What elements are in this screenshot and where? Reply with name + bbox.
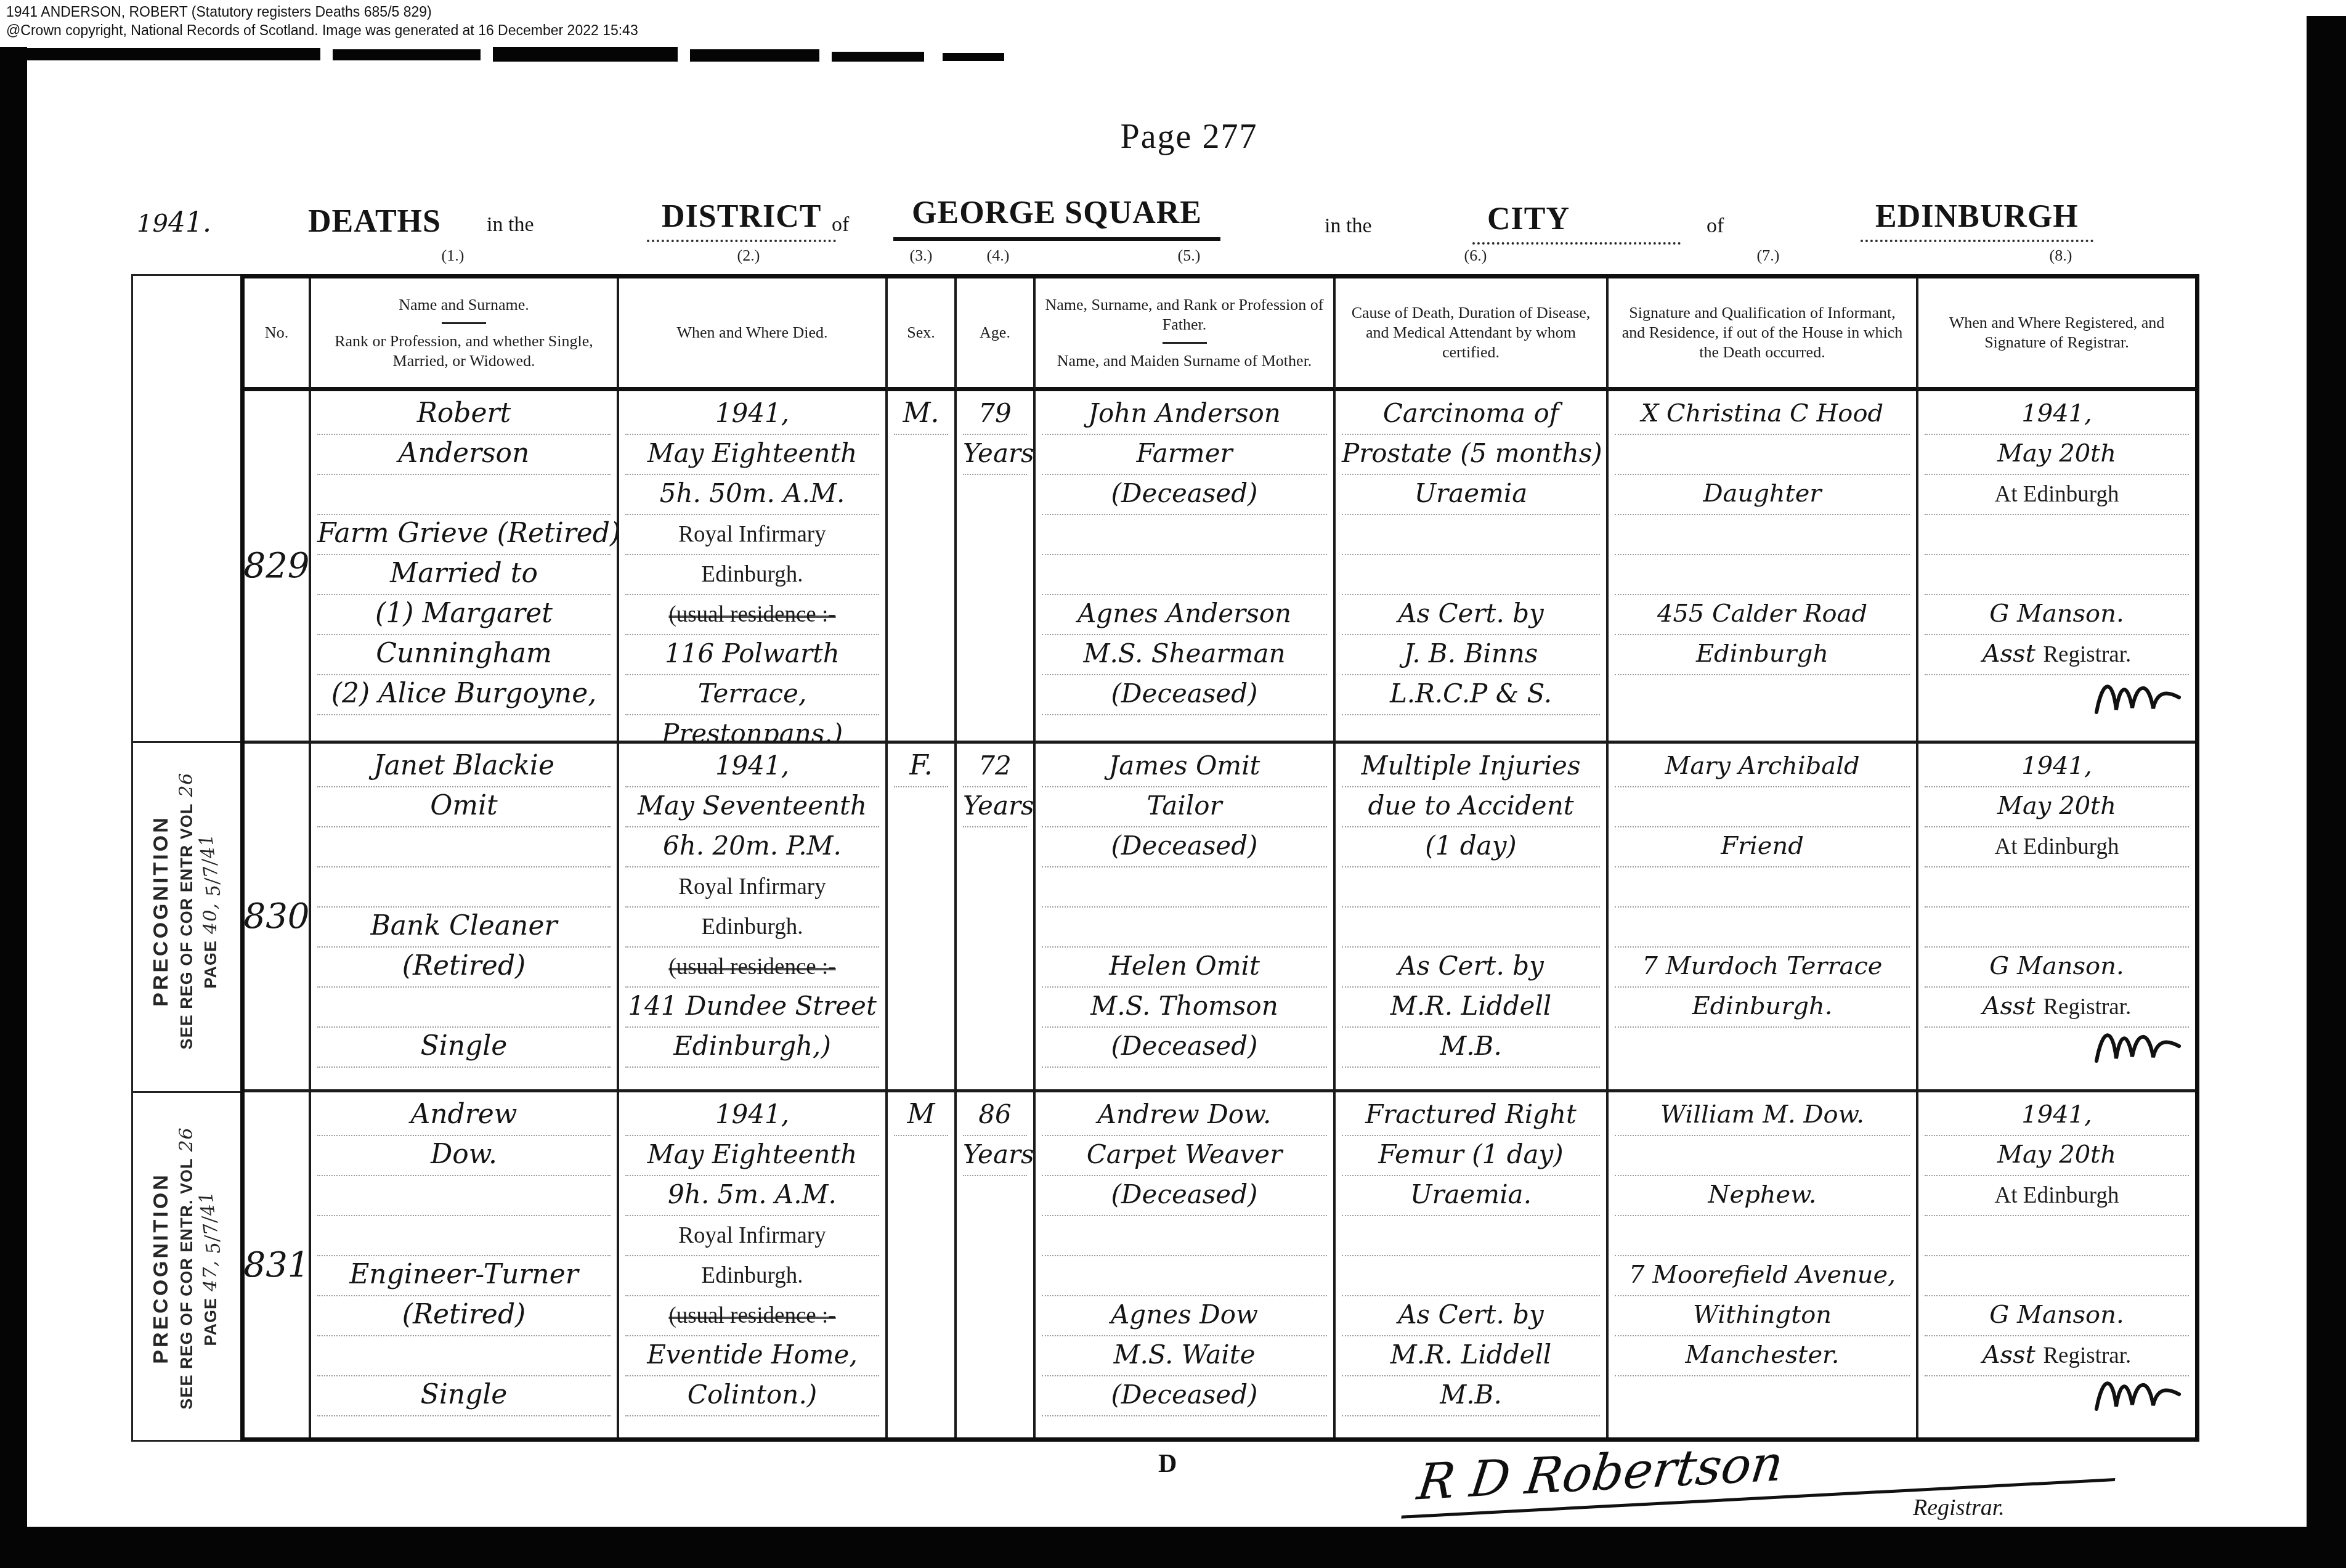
cell-line: Colinton.): [625, 1376, 879, 1416]
cell-line: M.S. Shearman: [1042, 635, 1327, 675]
cell-line: Single: [317, 1376, 611, 1416]
cell-line: M.R. Liddell: [1342, 1336, 1600, 1376]
cell-informant-830: Mary ArchibaldFriend7 Murdoch TerraceEdi…: [1609, 744, 1918, 1092]
cell-line: 116 Polwarth: [625, 635, 879, 675]
cell-cause-830: Multiple Injuriesdue to Accident(1 day)A…: [1336, 744, 1609, 1092]
cell-line: (Deceased): [1042, 675, 1327, 715]
cell-line: 1941,: [625, 1096, 879, 1136]
cell-line: (usual residence :-: [625, 948, 879, 988]
header-informant: Signature and Qualification of Informant…: [1609, 278, 1918, 391]
cell-age-829: 79Years: [957, 391, 1036, 744]
cell-informant-831: William M. Dow.Nephew.7 Moorefield Avenu…: [1609, 1092, 1918, 1437]
cell-line: [317, 1216, 611, 1256]
cell-line: (Deceased): [1042, 1376, 1327, 1416]
cell-line: [1925, 867, 2189, 908]
cell-line: L.R.C.P & S.: [1342, 675, 1600, 715]
cell-line: May 20th: [1925, 435, 2189, 475]
cell-died-830: 1941,May Seventeenth6h. 20m. P.M.Royal I…: [619, 744, 888, 1092]
cell-line: As Cert. by: [1342, 595, 1600, 635]
cell-line: Farmer: [1042, 435, 1327, 475]
cell-age-830: 72Years: [957, 744, 1036, 1092]
cell-line: (1) Margaret: [317, 595, 611, 635]
year-handwritten: 1941.: [137, 207, 211, 238]
registrar-initials-flourish: [2092, 674, 2184, 723]
cell-line: Edinburgh: [1615, 635, 1910, 675]
cell-line: (Retired): [317, 1296, 611, 1336]
page-number: Page 277: [1047, 117, 1331, 156]
column-number-6: (6.): [1439, 246, 1512, 265]
cell-line: Terrace,: [625, 675, 879, 715]
scan-artifact: [943, 53, 1004, 61]
cell-line: William M. Dow.: [1615, 1096, 1910, 1136]
stamp-date-hand: 5/7/41: [195, 832, 225, 898]
cell-line: Carpet Weaver: [1042, 1136, 1327, 1176]
cell-line: 455 Calder Road: [1615, 595, 1910, 635]
cell-line: Edinburgh.: [625, 1256, 879, 1296]
cell-registered-830: 1941,May 20thAt EdinburghG Manson.Asst R…: [1918, 744, 2195, 1092]
cell-line: Years: [963, 787, 1027, 827]
registrar-initials-flourish: [2092, 1371, 2184, 1420]
cell-line: 5h. 50m. A.M.: [625, 475, 879, 515]
cell-line: (usual residence :-: [625, 595, 879, 635]
cell-line: 1941,: [1925, 395, 2189, 435]
cell-line: [1342, 867, 1600, 908]
copyright-notice: @Crown copyright, National Records of Sc…: [6, 22, 638, 39]
cell-line: [1042, 515, 1327, 555]
cell-line: due to Accident: [1342, 787, 1600, 827]
cell-line: 1941,: [625, 747, 879, 787]
cell-line: Dow.: [317, 1136, 611, 1176]
cell-line: 72: [963, 747, 1027, 787]
film-edge-left: [0, 47, 27, 1568]
cell-line: [317, 867, 611, 908]
cell-line: [1925, 1216, 2189, 1256]
cell-line: Uraemia: [1342, 475, 1600, 515]
stamp-title: PRECOGNITION: [149, 1172, 173, 1364]
cell-line: Mary Archibald: [1615, 747, 1910, 787]
cell-line: G Manson.: [1925, 948, 2189, 988]
cell-sex-830: F.: [888, 744, 957, 1092]
title-district-label: DISTRICT: [647, 198, 836, 242]
cell-line: (1 day): [1342, 827, 1600, 867]
title-in-the-2: in the: [1325, 214, 1371, 238]
column-number-7: (7.): [1731, 246, 1805, 265]
cell-line: Royal Infirmary: [625, 1216, 879, 1256]
cell-line: Femur (1 day): [1342, 1136, 1600, 1176]
cell-line: Anderson: [317, 435, 611, 475]
cell-line: Edinburgh,): [625, 1028, 879, 1068]
cell-line: Edinburgh.: [625, 908, 879, 948]
cell-line: Janet Blackie: [317, 747, 611, 787]
scan-artifact: [832, 52, 924, 62]
stamp-see-reg: SEE REG OF COR ENTR. VOL: [177, 1158, 197, 1410]
cell-line: [317, 1176, 611, 1216]
stamp-vol-hand: 26: [176, 773, 197, 797]
cell-line: M.R. Liddell: [1342, 988, 1600, 1028]
cell-name-831: AndrewDow.Engineer-Turner(Retired)Single: [311, 1092, 619, 1437]
cell-line: Manchester.: [1615, 1336, 1910, 1376]
cell-line: 86: [963, 1096, 1027, 1136]
page-check-mark: D: [1158, 1449, 1177, 1479]
stamp-page-hand: 40,: [200, 903, 221, 934]
cell-line: M.B.: [1342, 1376, 1600, 1416]
cell-line: 7 Moorefield Avenue,: [1615, 1256, 1910, 1296]
cell-line: At Edinburgh: [1925, 827, 2189, 867]
cell-line: At Edinburgh: [1925, 1176, 2189, 1216]
margin-rule-top: [131, 274, 240, 276]
cell-line: [1042, 555, 1327, 595]
cell-line: M: [894, 1096, 948, 1136]
cell-line: [317, 1336, 611, 1376]
cell-line: Years: [963, 1136, 1027, 1176]
cell-line: Withington: [1615, 1296, 1910, 1336]
header-cause: Cause of Death, Duration of Disease, and…: [1336, 278, 1609, 391]
cell-line: As Cert. by: [1342, 948, 1600, 988]
margin-rule-vertical: [131, 274, 133, 1442]
cell-parents-829: John AndersonFarmer(Deceased)Agnes Ander…: [1036, 391, 1336, 744]
cell-line: [1615, 908, 1910, 948]
cell-sex-829: M.: [888, 391, 957, 744]
cell-line: (Deceased): [1042, 1176, 1327, 1216]
cell-line: John Anderson: [1042, 395, 1327, 435]
cell-line: [317, 827, 611, 867]
cell-line: Nephew.: [1615, 1176, 1910, 1216]
cell-line: [1615, 515, 1910, 555]
cell-parents-830: James OmitTailor(Deceased)Helen OmitM.S.…: [1036, 744, 1336, 1092]
header-sex: Sex.: [888, 278, 957, 391]
cell-line: Royal Infirmary: [625, 515, 879, 555]
cell-line: Farm Grieve (Retired),: [317, 515, 611, 555]
cell-cause-831: Fractured RightFemur (1 day)Uraemia.As C…: [1336, 1092, 1609, 1437]
cell-sex-831: M: [888, 1092, 957, 1437]
header-divider: [442, 322, 486, 324]
cell-line: (Deceased): [1042, 475, 1327, 515]
cell-line: 79: [963, 395, 1027, 435]
cell-line: (Retired): [317, 948, 611, 988]
cell-line: Multiple Injuries: [1342, 747, 1600, 787]
cell-line: Andrew: [317, 1096, 611, 1136]
cell-line: Years: [963, 435, 1027, 475]
cell-line: [1042, 908, 1327, 948]
cell-line: At Edinburgh: [1925, 475, 2189, 515]
cell-line: Royal Infirmary: [625, 867, 879, 908]
cell-line: [1042, 867, 1327, 908]
cell-line: M.B.: [1342, 1028, 1600, 1068]
cell-line: (usual residence :-: [625, 1296, 879, 1336]
cell-registered-829: 1941,May 20thAt EdinburghG Manson.Asst R…: [1918, 391, 2195, 744]
entry-number-829: 829: [245, 391, 311, 744]
cell-line: X Christina C Hood: [1615, 395, 1910, 435]
title-in-the-1: in the: [487, 213, 534, 237]
cell-line: May Eighteenth: [625, 435, 879, 475]
cell-died-829: 1941,May Eighteenth5h. 50m. A.M.Royal In…: [619, 391, 888, 744]
cell-line: May 20th: [1925, 787, 2189, 827]
cell-parents-831: Andrew Dow.Carpet Weaver(Deceased)Agnes …: [1036, 1092, 1336, 1437]
column-number-2: (2.): [712, 246, 785, 265]
cell-line: Friend: [1615, 827, 1910, 867]
header-parents: Name, Surname, and Rank or Profession of…: [1036, 278, 1336, 391]
cell-line: Prostate (5 months): [1342, 435, 1600, 475]
stamp-date-hand: 5/7/41: [195, 1190, 225, 1255]
cell-line: Tailor: [1042, 787, 1327, 827]
cell-line: [317, 475, 611, 515]
stamp-title: PRECOGNITION: [149, 815, 173, 1007]
cell-line: M.S. Waite: [1042, 1336, 1327, 1376]
cell-line: 1941,: [1925, 1096, 2189, 1136]
stamp-page-label: PAGE: [201, 1298, 221, 1346]
cell-line: May Seventeenth: [625, 787, 879, 827]
cell-age-831: 86Years: [957, 1092, 1036, 1437]
precognition-stamp-830: PRECOGNITION SEE REG OF COR ENTR VOL26 P…: [149, 739, 221, 1084]
register-table: No. Name and Surname.Rank or Profession,…: [240, 274, 2199, 1442]
cell-line: Bank Cleaner: [317, 908, 611, 948]
cell-line: Robert: [317, 395, 611, 435]
cell-line: 141 Dundee Street: [625, 988, 879, 1028]
cell-line: [1342, 1216, 1600, 1256]
cell-line: [317, 988, 611, 1028]
stamp-page-label: PAGE: [201, 940, 221, 989]
cell-line: Carcinoma of: [1342, 395, 1600, 435]
column-number-8: (8.): [2024, 246, 2098, 265]
scan-artifact: [333, 49, 481, 60]
stamp-see-reg: SEE REG OF COR ENTR VOL: [177, 803, 197, 1050]
cell-line: [1615, 435, 1910, 475]
column-number-5: (5.): [1152, 246, 1226, 265]
cell-line: [1342, 515, 1600, 555]
cell-line: [1925, 1256, 2189, 1296]
cell-line: [1615, 555, 1910, 595]
scanned-death-register-page: { "overlay": { "line1": "1941 ANDERSON, …: [0, 0, 2346, 1568]
cell-died-831: 1941,May Eighteenth9h. 5m. A.M.Royal Inf…: [619, 1092, 888, 1437]
margin-rule-row3: [131, 1091, 240, 1093]
catalogue-reference: 1941 ANDERSON, ROBERT (Statutory registe…: [6, 4, 432, 20]
cell-line: (Deceased): [1042, 1028, 1327, 1068]
cell-informant-829: X Christina C HoodDaughter455 Calder Roa…: [1609, 391, 1918, 744]
column-number-3: (3.): [884, 246, 958, 265]
cell-line: [1925, 908, 2189, 948]
cell-line: 9h. 5m. A.M.: [625, 1176, 879, 1216]
registrar-initials-flourish: [2092, 1023, 2184, 1072]
cell-line: Engineer-Turner: [317, 1256, 611, 1296]
cell-line: [1042, 1216, 1327, 1256]
cell-line: Married to: [317, 555, 611, 595]
cell-line: Cunningham: [317, 635, 611, 675]
cell-line: [1615, 787, 1910, 827]
film-edge-bottom: [0, 1527, 2346, 1568]
stamp-page-hand: 47,: [200, 1260, 221, 1291]
header-age: Age.: [957, 278, 1036, 391]
cell-line: Omit: [317, 787, 611, 827]
cell-line: J. B. Binns: [1342, 635, 1600, 675]
cell-line: M.: [894, 395, 948, 435]
cell-cause-829: Carcinoma ofProstate (5 months)UraemiaAs…: [1336, 391, 1609, 744]
cell-line: Daughter: [1615, 475, 1910, 515]
column-number-4: (4.): [961, 246, 1035, 265]
cell-line: (2) Alice Burgoyne,: [317, 675, 611, 715]
cell-registered-831: 1941,May 20thAt EdinburghG Manson.Asst R…: [1918, 1092, 2195, 1437]
cell-line: [1925, 515, 2189, 555]
cell-line: Prestonpans.): [625, 715, 879, 744]
header-no: No.: [245, 278, 311, 391]
scan-artifact: [493, 47, 678, 62]
cell-line: [1925, 555, 2189, 595]
cell-line: Agnes Anderson: [1042, 595, 1327, 635]
cell-line: [1342, 555, 1600, 595]
cell-line: Andrew Dow.: [1042, 1096, 1327, 1136]
cell-line: 1941,: [625, 395, 879, 435]
cell-line: 1941,: [1925, 747, 2189, 787]
cell-line: G Manson.: [1925, 595, 2189, 635]
cell-line: 7 Murdoch Terrace: [1615, 948, 1910, 988]
cell-line: [1615, 867, 1910, 908]
cell-line: As Cert. by: [1342, 1296, 1600, 1336]
registrar-label: Registrar.: [1913, 1494, 2005, 1521]
header-divider: [1163, 342, 1207, 344]
header-registered: When and Where Registered, and Signature…: [1918, 278, 2195, 391]
header-died: When and Where Died.: [619, 278, 888, 391]
cell-line: Agnes Dow: [1042, 1296, 1327, 1336]
cell-line: 6h. 20m. P.M.: [625, 827, 879, 867]
cell-line: F.: [894, 747, 948, 787]
entry-number-830: 830: [245, 744, 311, 1092]
cell-line: Edinburgh.: [1615, 988, 1910, 1028]
cell-line: Single: [317, 1028, 611, 1068]
precognition-stamp-831: PRECOGNITION SEE REG OF COR ENTR. VOL26 …: [149, 1096, 221, 1441]
title-of-2: of: [1707, 214, 1724, 238]
title-deaths: DEATHS: [308, 203, 441, 240]
cell-line: Helen Omit: [1042, 948, 1327, 988]
cell-name-829: RobertAndersonFarm Grieve (Retired),Marr…: [311, 391, 619, 744]
film-edge-right: [2307, 16, 2346, 1568]
title-city-label: CITY: [1472, 201, 1681, 245]
cell-line: Uraemia.: [1342, 1176, 1600, 1216]
stamp-vol-hand: 26: [176, 1127, 197, 1152]
cell-line: Eventide Home,: [625, 1336, 879, 1376]
cell-line: May Eighteenth: [625, 1136, 879, 1176]
cell-line: James Omit: [1042, 747, 1327, 787]
title-of-1: of: [832, 213, 849, 237]
cell-line: (Deceased): [1042, 827, 1327, 867]
district-value: GEORGE SQUARE: [893, 195, 1220, 241]
cell-line: [1042, 1256, 1327, 1296]
cell-line: Asst Registrar.: [1925, 988, 2189, 1028]
cell-line: Edinburgh.: [625, 555, 879, 595]
scan-artifact: [0, 48, 320, 60]
cell-line: M.S. Thomson: [1042, 988, 1327, 1028]
cell-line: [1342, 1256, 1600, 1296]
cell-line: [1615, 1136, 1910, 1176]
cell-name-830: Janet BlackieOmitBank Cleaner(Retired)Si…: [311, 744, 619, 1092]
cell-line: Fractured Right: [1342, 1096, 1600, 1136]
cell-line: G Manson.: [1925, 1296, 2189, 1336]
scan-artifact: [690, 49, 819, 62]
cell-line: [1615, 1216, 1910, 1256]
column-number-1: (1.): [416, 246, 490, 265]
cell-line: May 20th: [1925, 1136, 2189, 1176]
cell-line: Asst Registrar.: [1925, 635, 2189, 675]
cell-line: [1342, 908, 1600, 948]
header-name: Name and Surname.Rank or Profession, and…: [311, 278, 619, 391]
entry-number-831: 831: [245, 1092, 311, 1437]
city-value: EDINBURGH: [1861, 198, 2093, 242]
